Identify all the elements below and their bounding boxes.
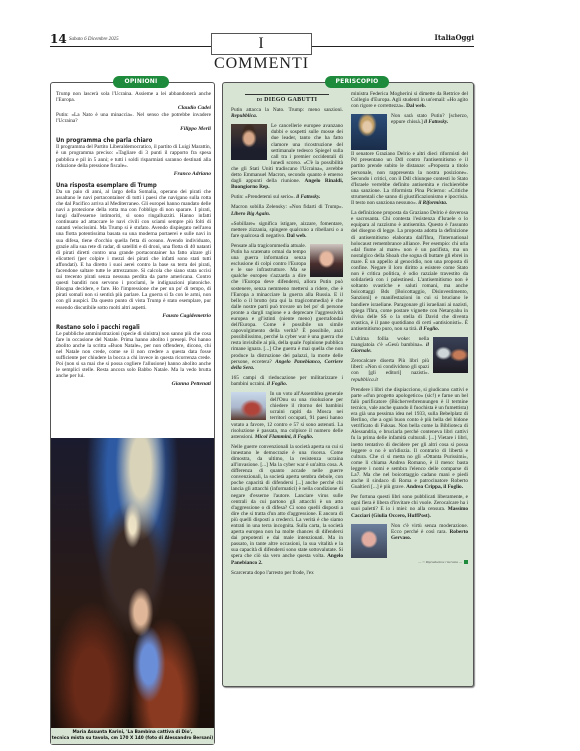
periscope-item: L'ultima follia woke: nella mangiatoia c… xyxy=(351,336,468,354)
section-title: I COMMENTI xyxy=(211,33,312,55)
periscope-item: Macron sobilla Zelensky: «Non fidarti di… xyxy=(231,204,343,216)
item-text: Zerocalcare diserta Più libri più liberi… xyxy=(351,358,429,376)
periscopio-col-2: ministra Federica Mogherini si dimette d… xyxy=(351,91,468,565)
opinioni-column: OPINIONI Trump non lascerà sola l'Ucrain… xyxy=(50,82,215,745)
opinion-text: Putin: «La Nato è una minaccia». Nel sen… xyxy=(56,112,211,124)
opinion-text: Le pubbliche amministrazioni (specie di … xyxy=(56,331,211,380)
reproduction-note: — © Riproduzione riservata — xyxy=(351,559,468,565)
item-source: il Foglio. xyxy=(267,381,287,387)
opinion-headline: Restano solo i pacchi regali xyxy=(56,324,211,331)
item-source: Repubblica. xyxy=(231,113,257,119)
page-header: 14 Sabato 6 Dicembre 2025 I COMMENTI Ita… xyxy=(50,30,474,50)
periscope-item: Putin: «Prendetemi sul serio». il Fattos… xyxy=(231,194,343,200)
item-source: Libero Big Again. xyxy=(231,211,270,217)
periscope-item: Il senatore Graziano Delrio e altri diec… xyxy=(351,151,468,206)
mogherini-photo xyxy=(351,114,387,150)
item-text: Nelle guerre convenzionali la società ap… xyxy=(231,444,343,560)
byline: DI DIEGO GABUTTI xyxy=(245,94,329,103)
periscope-item: Non sarà stato Putin? [scherzo, eppure c… xyxy=(351,113,468,125)
page-date: Sabato 6 Dicembre 2025 xyxy=(69,37,119,42)
opinion-author: Gianna Pettenati xyxy=(56,381,211,388)
item-text: Scarcerata dopo l'arresto per frode, l'e… xyxy=(231,570,314,576)
item-source: il Foglio. xyxy=(419,326,439,332)
item-source: Micol Flammini, il Foglio. xyxy=(255,434,313,440)
periscope-item: Scarcerata dopo l'arresto per frode, l'e… xyxy=(231,570,343,576)
byline-prefix: DI xyxy=(257,97,263,102)
item-text: Il senatore Graziano Delrio e altri diec… xyxy=(351,151,468,206)
opinioni-label: OPINIONI xyxy=(113,76,169,88)
periscope-item: «Sobillare» significa istigare, aizzare,… xyxy=(231,221,343,239)
item-source: Andrea Crippa, il Foglio. xyxy=(406,484,463,490)
periscope-item: Non c'è virtù senza moderazione. Ecco pe… xyxy=(351,523,468,541)
opinion-author: Filippo Merli xyxy=(56,126,211,133)
opinion-text: Trump non lascerà sola l'Ucraina. Assiem… xyxy=(56,91,211,103)
opinion-headline: Un programma che parla chiaro xyxy=(56,137,211,144)
byline-author: DIEGO GABUTTI xyxy=(264,97,317,103)
item-text: Putin: «Prendetemi sul serio». xyxy=(231,194,295,200)
periscope-item: Putin attacca la Nato. Trump: meno sanzi… xyxy=(231,107,343,119)
opinion-headline: Una risposta esemplare di Trump xyxy=(56,182,211,189)
periscope-item: Le cancellerie europee avanzano dubbi e … xyxy=(231,123,343,190)
end-mark-icon xyxy=(464,560,468,564)
periscopio-label: PERISCOPIO xyxy=(325,76,389,88)
item-source: Dal web. xyxy=(406,103,426,109)
periscope-item: Prendere i libri che dispiacciono, si gi… xyxy=(351,387,468,491)
periscope-item: Per fortuna questi libri sono pubblicati… xyxy=(351,494,468,518)
gervaso-photo xyxy=(351,524,387,558)
caption-line-2: tecnica mista su tavola, cm 170 X 140 (f… xyxy=(51,736,214,742)
periscope-item: In un voto all'Assemblea generale dell'O… xyxy=(231,391,343,440)
periscopio-column: PERISCOPIO DI DIEGO GABUTTI Putin attacc… xyxy=(222,82,474,687)
opinion-author: Claudio Cadei xyxy=(56,105,211,112)
periscope-item: La definizione proposta da Graziano Delr… xyxy=(351,210,468,332)
opinion-text: Da un paio di anni, al largo della Somal… xyxy=(56,189,211,311)
periscopio-col-1: DI DIEGO GABUTTI Putin attacca la Nato. … xyxy=(231,91,343,580)
item-text: Prendere i libri che dispiacciono, si gi… xyxy=(351,387,468,491)
item-source: il Riformista. xyxy=(418,200,447,206)
painting-caption: Maria Assunta Karini, 'La Bambina cattiv… xyxy=(51,728,214,744)
periscope-item: ministra Federica Mogherini si dimette d… xyxy=(351,91,468,109)
caption-line-1: Maria Assunta Karini, 'La Bambina cattiv… xyxy=(51,730,214,736)
opinion-author: Fausto Cagidemetrio xyxy=(56,313,211,320)
painting-image xyxy=(51,438,214,728)
item-source: Dal web. xyxy=(287,233,307,239)
opinion-text: Il programma del Partito Liberaldemocrat… xyxy=(56,144,211,168)
page-number: 14 xyxy=(50,32,67,46)
opinioni-body: Trump non lascerà sola l'Ucraina. Assiem… xyxy=(56,91,211,388)
item-text: Putin attacca la Nato. Trump: meno sanzi… xyxy=(231,107,343,113)
opinion-item: Trump non lascerà sola l'Ucraina. Assiem… xyxy=(56,91,211,103)
item-source: il Fattosky. xyxy=(296,194,320,200)
macron-photo xyxy=(231,124,267,160)
periscope-item: Nelle guerre convenzionali la società ap… xyxy=(231,444,343,566)
church-photo xyxy=(231,392,266,420)
brand-logo: ItaliaOggi xyxy=(435,33,474,42)
periscope-item: Pensate alla tragicommedia attuale. Puti… xyxy=(231,243,343,371)
putin-photo xyxy=(310,244,343,277)
item-source: repubblica.it xyxy=(351,377,378,383)
opinion-item: Putin: «La Nato è una minaccia». Nel sen… xyxy=(56,112,211,124)
item-source: il Fattosky. xyxy=(424,119,448,125)
reproduction-text: — © Riproduzione riservata — xyxy=(418,560,462,564)
nativity-photo xyxy=(433,337,468,373)
item-text: L'ultima follia woke: nella mangiatoia c… xyxy=(351,336,429,348)
item-text: La definizione proposta da Graziano Delr… xyxy=(351,210,468,332)
item-text: Macron sobilla Zelensky: «Non fidarti di… xyxy=(231,204,343,210)
opinion-author: Franco Adriano xyxy=(56,171,211,178)
periscope-item: 165 campi di rieducazione per militarizz… xyxy=(231,375,343,387)
